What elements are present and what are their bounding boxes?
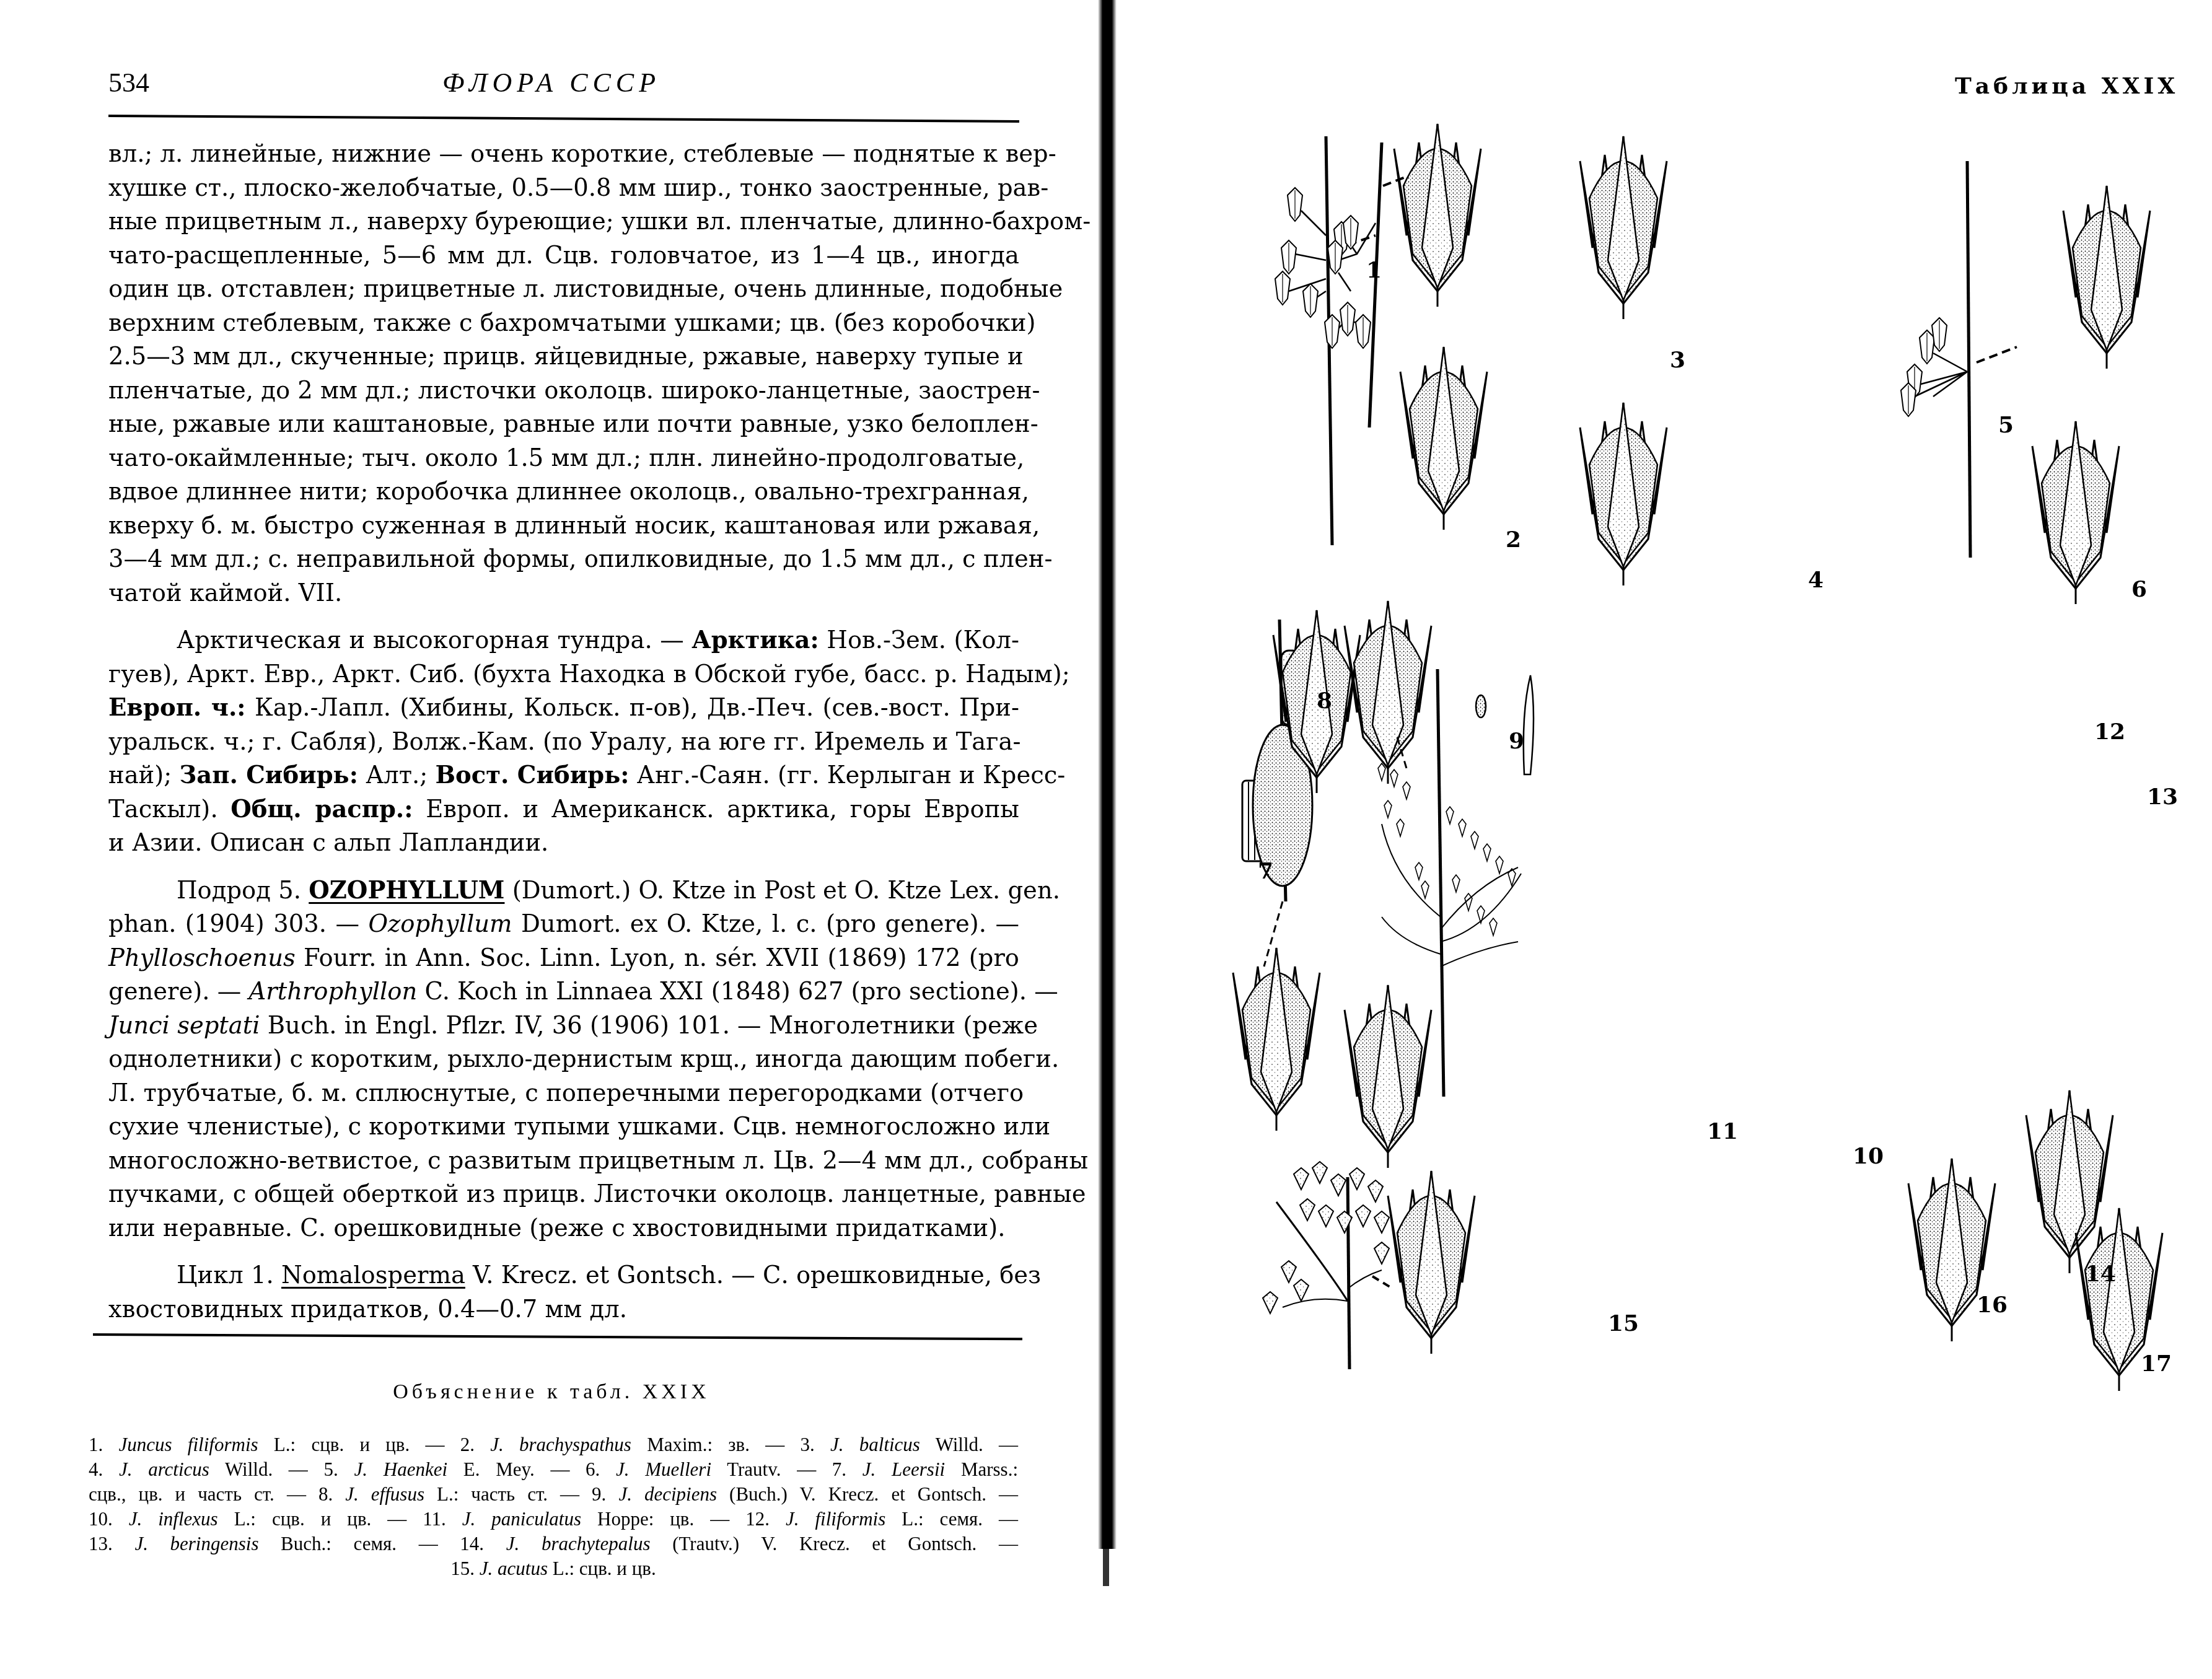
text-line: многосложно-ветвистое, с развитым прицве…	[108, 1144, 1019, 1178]
text-line: однолетники) с коротким, рыхло-дернистым…	[108, 1043, 1019, 1077]
region-label-east-siberia: Вост. Сибирь:	[436, 761, 630, 789]
species-name: J. beringensis	[134, 1533, 258, 1554]
text-line: genere). — Arthrophyllon C. Koch in Linn…	[108, 975, 1019, 1009]
figure-label-15: 15	[1608, 1310, 1639, 1336]
species-name: J. brachyspathus	[490, 1434, 631, 1455]
figure-15-flower	[1388, 1171, 1475, 1354]
species-name: J. arcticus	[119, 1458, 209, 1480]
figure-6-flower	[2032, 421, 2119, 604]
figure-15-inflorescence	[1263, 1162, 1393, 1369]
text-line: пленчатые, до 2 мм дл.; листочки околоцв…	[108, 374, 1019, 408]
running-head: ФЛОРА СССР	[0, 67, 1103, 99]
text-line: Цикл 1. Nomalosperma V. Krecz. et Gontsc…	[108, 1259, 1019, 1293]
footnote-text: Marss.:	[945, 1458, 1018, 1480]
figure-label-9: 9	[1509, 728, 1524, 754]
footnote-text: Willd. —	[920, 1434, 1018, 1455]
text-line: кверху б. м. быстро суженная в длинный н…	[108, 509, 1019, 543]
footnote-line: 10. J. inflexus L.: сцв. и цв. — 11. J. …	[89, 1507, 1018, 1532]
text-line: верхним стеблевым, также с бахромчатыми …	[108, 307, 1019, 341]
text-line: Junci septati Buch. in Engl. Pflzr. IV, …	[108, 1009, 1019, 1043]
cycle-name: Nomalosperma	[281, 1261, 465, 1289]
figure-7-stem-section	[1242, 781, 1289, 861]
figure-1-stem	[1275, 124, 1481, 545]
citation-text: (Dumort.) O. Ktze in Post et O. Ktze Lex…	[512, 877, 1060, 905]
footnote-text: 15.	[450, 1558, 480, 1579]
footnote-text: L.: сцв. и цв. — 2.	[258, 1434, 491, 1455]
text-line: или неравные. С. орешковидные (реже с хв…	[108, 1212, 1019, 1246]
text-line: чатой каймой. VII.	[108, 577, 1019, 611]
footnote-text: Buch.: семя. — 14.	[258, 1533, 506, 1554]
species-name: J. brachytepalus	[506, 1533, 651, 1554]
footnote-text: Maxim.: зв. — 3.	[631, 1434, 830, 1455]
footnote-text: E. Mey. — 6.	[447, 1458, 616, 1480]
footnote-text: L.: семя. —	[885, 1508, 1018, 1530]
species-name: J. Muelleri	[616, 1458, 711, 1480]
figure-label-17: 17	[2141, 1351, 2172, 1377]
book-spine-shadow	[1098, 0, 1117, 1549]
footnote-text: Hoppe: цв. — 12.	[581, 1508, 786, 1530]
footnote-text: сцв., цв. и часть ст. — 8.	[89, 1483, 345, 1505]
text-line: най); Зап. Сибирь: Алт.; Вост. Сибирь: А…	[108, 759, 1019, 793]
footnote-separator	[93, 1333, 1022, 1340]
species-name: J. decipiens	[618, 1483, 717, 1505]
footnote-line: 4. J. arcticus Willd. — 5. J. Haenkei E.…	[89, 1457, 1018, 1482]
figure-label-8: 8	[1317, 688, 1332, 714]
figure-4-flower	[1580, 403, 1667, 585]
cycle-prefix: Цикл 1.	[177, 1261, 274, 1289]
species-name: J. Haenkei	[354, 1458, 448, 1480]
book-spine-shadow-tail	[1103, 1549, 1109, 1586]
citation-text: Fourr. in Ann. Soc. Linn. Lyon, n. sér. …	[304, 944, 1019, 972]
figure-12-seed	[1476, 695, 1486, 717]
figure-label-12: 12	[2094, 719, 2125, 745]
text-line: чато-расщепленные, 5—6 мм дл. Сцв. голов…	[108, 239, 1019, 273]
citation-text: C. Koch in Linnaea XXI (1848) 627 (pro s…	[425, 978, 1058, 1006]
footnote-text: 10.	[89, 1508, 129, 1530]
text-line: ные, ржавые или каштановые, равные или п…	[108, 408, 1019, 442]
text-line: ные прицветным л., наверху буреющие; ушк…	[108, 205, 1019, 239]
species-name: J. acutus	[480, 1558, 548, 1579]
footnote-line: 13. J. beringensis Buch.: семя. — 14. J.…	[89, 1532, 1018, 1556]
region-text: Таскыл).	[108, 796, 218, 823]
footnote-text: Willd. — 5.	[209, 1458, 354, 1480]
text-line: чато-окаймленные; тыч. около 1.5 мм дл.;…	[108, 442, 1019, 476]
figure-label-13: 13	[2147, 784, 2178, 810]
figure-8-stem-section	[1281, 651, 1300, 725]
text-line: сухие членистые), с короткими тупыми ушк…	[108, 1110, 1019, 1144]
figure-3-stem	[1325, 142, 1407, 427]
footnote-text: L.: часть ст. — 9.	[424, 1483, 618, 1505]
figure-label-10: 10	[1853, 1143, 1884, 1169]
citation-text: Buch. in Engl. Pflzr. IV, 36 (1906) 101.…	[268, 1012, 1038, 1040]
taxon-name: Arthrophyllon	[248, 978, 417, 1006]
region-text: Анг.-Саян. (гг. Керлыган и Кресс-	[637, 761, 1066, 789]
text-line: пучками, с общей оберткой из прицв. Лист…	[108, 1178, 1019, 1212]
text-line: 3—4 мм дл.; с. неправильной формы, опилк…	[108, 543, 1019, 577]
citation-text: genere). —	[108, 978, 241, 1006]
species-name: J. Leersii	[862, 1458, 945, 1480]
region-text: Алт.;	[366, 761, 428, 789]
citation-text: phan. (1904) 303. —	[108, 910, 359, 938]
region-label-general: Общ. распр.:	[230, 796, 413, 823]
text-line: Л. трубчатые, б. м. сплюснутые, с попере…	[108, 1077, 1019, 1111]
footnote-line: сцв., цв. и часть ст. — 8. J. effusus L.…	[89, 1482, 1018, 1507]
figure-10-panicle	[1378, 669, 1521, 1097]
cycle-paragraph: Цикл 1. Nomalosperma V. Krecz. et Gontsc…	[108, 1259, 1019, 1326]
figure-11-flower	[1345, 985, 1431, 1168]
figure-7-flower	[1233, 948, 1320, 1131]
figure-11-flower-top	[1345, 601, 1431, 784]
region-text: Европ. и Американск. арктика, горы Европ…	[426, 796, 1019, 823]
figure-label-14: 14	[2085, 1261, 2116, 1287]
figure-label-1: 1	[1366, 257, 1382, 283]
text-line: вдвое длиннее нити; коробочка длиннее ок…	[108, 475, 1019, 509]
species-name: J. balticus	[830, 1434, 920, 1455]
text-line: Таскыл). Общ. распр.: Европ. и Американс…	[108, 793, 1019, 827]
text-line: Phylloschoenus Fourr. in Ann. Soc. Linn.…	[108, 942, 1019, 976]
footnote-text: 4.	[89, 1458, 119, 1480]
plate-explanation: 1. Juncus filiformis L.: сцв. и цв. — 2.…	[89, 1432, 1018, 1581]
footnote-text: (Trautv.) V. Krecz. et Gontsch. —	[651, 1533, 1019, 1554]
subgenus-name: OZOPHYLLUM	[309, 877, 504, 905]
footnote-text: L.: сцв. и цв.	[548, 1558, 656, 1579]
species-description: вл.; л. линейные, нижние — очень коротки…	[108, 138, 1019, 610]
figure-10-connector	[1397, 737, 1407, 768]
footnote-line: 15. J. acutus L.: сцв. и цв.	[89, 1556, 1018, 1581]
taxon-name: Junci septati	[108, 1012, 260, 1040]
species-name: J. inflexus	[129, 1508, 218, 1530]
footnote-text: Trautv. — 7.	[711, 1458, 862, 1480]
header-rule	[108, 115, 1019, 123]
subgenus-paragraph: Подрод 5. OZOPHYLLUM (Dumort.) O. Ktze i…	[108, 874, 1019, 1246]
footnote-line: 1. Juncus filiformis L.: сцв. и цв. — 2.…	[89, 1432, 1018, 1457]
region-text: Кар.-Лапл. (Хибины, Кольск. п-ов), Дв.-П…	[255, 694, 1019, 722]
text-line: phan. (1904) 303. — Ozophyllum Dumort. e…	[108, 908, 1019, 942]
figure-14-flower	[2026, 1090, 2113, 1273]
figure-label-16: 16	[1977, 1292, 2008, 1318]
taxon-name: Ozophyllum	[368, 910, 512, 938]
figure-label-4: 4	[1808, 567, 1824, 593]
species-name: J. filiformis	[786, 1508, 885, 1530]
region-text: най);	[108, 761, 172, 789]
figure-label-11: 11	[1707, 1118, 1738, 1144]
text-line: Европ. ч.: Кар.-Лапл. (Хибины, Кольск. п…	[108, 691, 1019, 726]
distribution-paragraph: Арктическая и высокогорная тундра. — Арк…	[108, 624, 1019, 861]
region-label-west-siberia: Зап. Сибирь:	[180, 761, 358, 789]
main-text: вл.; л. линейные, нижние — очень коротки…	[108, 138, 1019, 1326]
region-label-arctic: Арктика:	[691, 626, 819, 654]
text-line: уральск. ч.; г. Сабля), Волж.-Кам. (по У…	[108, 726, 1019, 760]
figure-label-7: 7	[1258, 858, 1273, 884]
region-label-europe: Европ. ч.:	[108, 694, 246, 722]
species-name: J. paniculatus	[462, 1508, 581, 1530]
figure-3-flower	[1580, 136, 1667, 319]
text-line: вл.; л. линейные, нижние — очень коротки…	[108, 138, 1019, 172]
footnote-text: 13.	[89, 1533, 134, 1554]
left-page: 534 ФЛОРА СССР вл.; л. линейные, нижние …	[0, 0, 1103, 1679]
figure-7-inflorescence	[1253, 620, 1312, 967]
habitat-text: Арктическая и высокогорная тундра. —	[177, 626, 684, 654]
species-name: Juncus filiformis	[119, 1434, 258, 1455]
figure-label-2: 2	[1506, 527, 1521, 553]
citation-text: Dumort. ex O. Ktze, l. c. (pro genere). …	[521, 910, 1019, 938]
figure-label-3: 3	[1670, 347, 1685, 373]
figure-label-5: 5	[1998, 412, 2014, 438]
text-line: хушке ст., плоско-желобчатые, 0.5—0.8 мм…	[108, 172, 1019, 206]
footnote-title: Объяснение к табл. XXIX	[0, 1380, 1103, 1404]
text-line: один цв. отставлен; прицветные л. листов…	[108, 273, 1019, 307]
figure-2-flower	[1400, 347, 1487, 530]
footnote-text: 1.	[89, 1434, 119, 1455]
text-line: 2.5—3 мм дл., скученные; прицв. яйцевидн…	[108, 340, 1019, 374]
plate-title: Таблица XXIX	[1955, 73, 2179, 99]
citation-text: V. Krecz. et Gontsch. — С. орешковидные,…	[473, 1261, 1041, 1289]
figure-label-6: 6	[2131, 576, 2147, 602]
subgenus-prefix: Подрод 5.	[177, 877, 301, 905]
figure-5-stem	[1901, 161, 2017, 558]
species-name: J. effusus	[345, 1483, 424, 1505]
figure-5-flower	[2063, 186, 2150, 369]
taxon-name: Phylloschoenus	[108, 944, 296, 972]
text-line: Арктическая и высокогорная тундра. — Арк…	[108, 624, 1019, 658]
region-text: Нов.-Зем. (Кол-	[827, 626, 1019, 654]
footnote-text: (Buch.) V. Krecz. et Gontsch. —	[717, 1483, 1018, 1505]
text-line: Подрод 5. OZOPHYLLUM (Dumort.) O. Ktze i…	[108, 874, 1019, 908]
text-line: хвостовидных придатков, 0.4—0.7 мм дл.	[108, 1293, 1019, 1327]
text-line: гуев), Аркт. Евр., Аркт. Сиб. (бухта Нах…	[108, 658, 1019, 692]
figure-13-seed	[1524, 675, 1534, 774]
footnote-text: L.: сцв. и цв. — 11.	[218, 1508, 462, 1530]
text-line: и Азии. Описан с альп Лапландии.	[108, 826, 1019, 861]
